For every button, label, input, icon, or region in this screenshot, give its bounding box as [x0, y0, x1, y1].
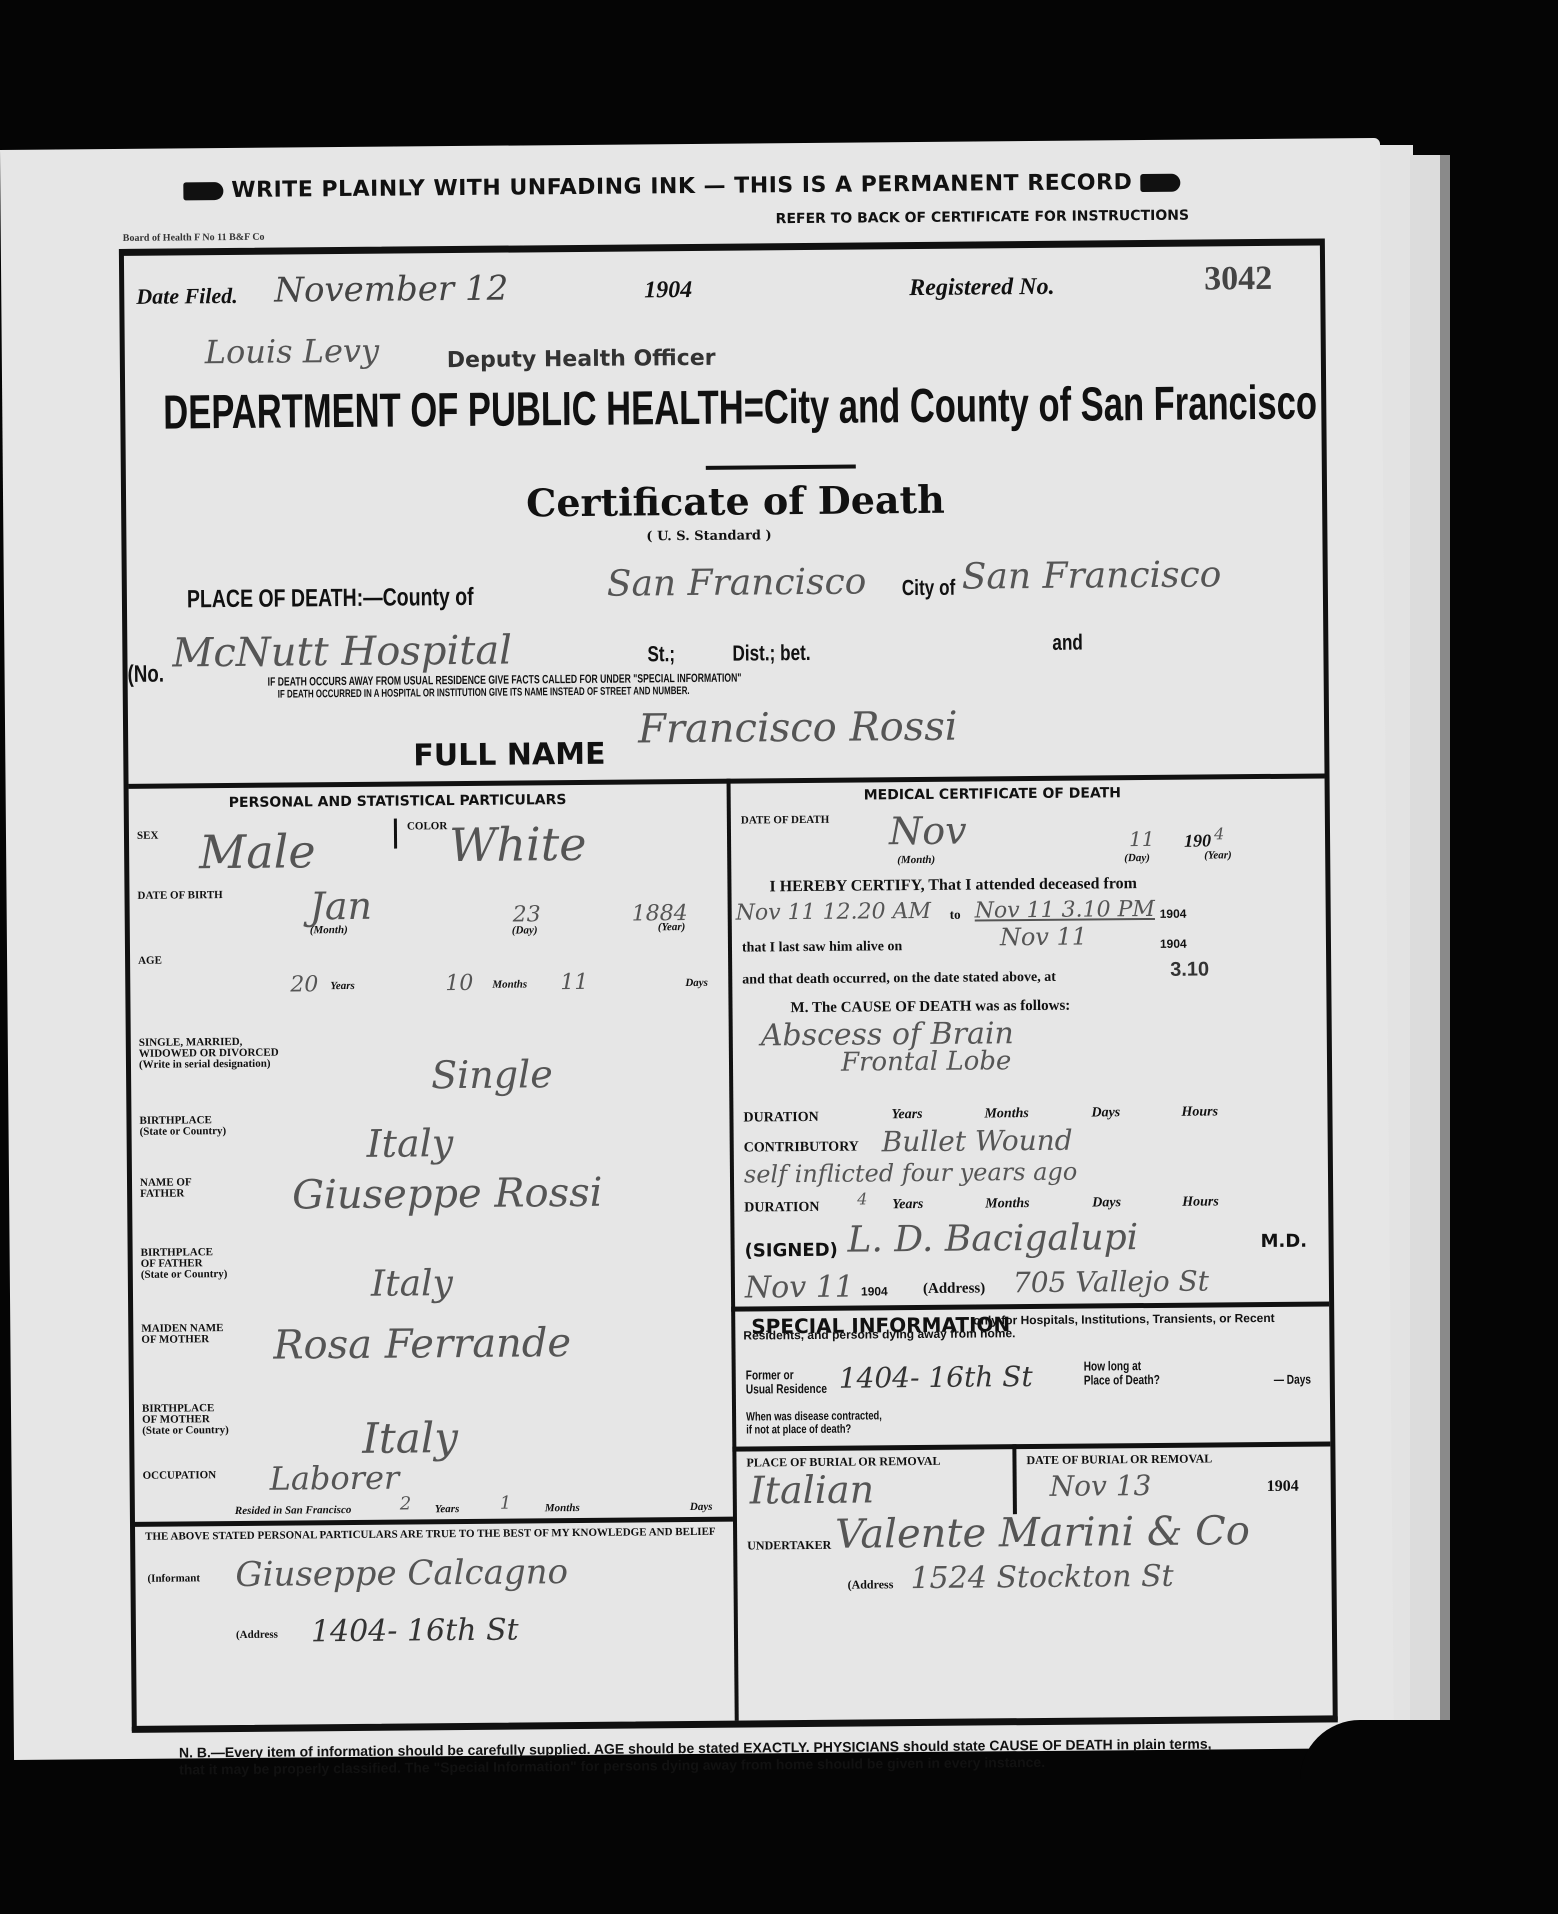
last-saw-value: Nov 11 [1000, 923, 1087, 952]
undertaker-address-label: (Address [848, 1579, 894, 1590]
age-months: 10 [445, 971, 473, 996]
occurred-label: and that death occurred, on the date sta… [742, 970, 1056, 989]
scan-shadow [1300, 1720, 1558, 1914]
medical-heading: MEDICAL CERTIFICATE OF DEATH [864, 785, 1121, 803]
last-saw-label: that I last saw him alive on [742, 939, 902, 956]
howlong-label-2: Place of Death? [1084, 1373, 1160, 1388]
undertaker-label: UNDERTAKER [747, 1540, 831, 1552]
duration-years: Years [891, 1107, 922, 1123]
informant-label: (Informant [147, 1573, 200, 1584]
duration2-hours: Hours [1182, 1194, 1219, 1210]
mother-value: Rosa Ferrande [273, 1320, 571, 1369]
attended-to-label: to [950, 907, 961, 923]
burial-date-label: DATE of BURIAL or REMOVAL [1026, 1453, 1212, 1466]
color-label: COLOR [407, 821, 447, 832]
sex-label: SEX [137, 831, 159, 842]
city-value: San Francisco [962, 554, 1222, 597]
burial-column-divider [1012, 1444, 1017, 1514]
dod-month: Nov [889, 809, 967, 854]
hospital-value: McNutt Hospital [172, 628, 512, 677]
howlong-days: — Days [1274, 1372, 1311, 1387]
duration2-years-value: 4 [857, 1189, 867, 1208]
date-filed-value: November 12 [274, 269, 508, 311]
date-filed-label: Date Filed. [136, 283, 238, 310]
street-label: St.; [647, 641, 675, 667]
dod-month-label: (Month) [897, 854, 935, 866]
sex-value: Male [199, 824, 316, 879]
mother-label-2: OF MOTHER [141, 1334, 209, 1346]
county-value: San Francisco [607, 561, 867, 604]
dob-day-label: (Day) [512, 924, 538, 936]
marital-value: Single [431, 1052, 553, 1097]
attended-to: Nov 11 3.10 PM [975, 897, 1155, 924]
physician-address-label: (Address) [923, 1280, 985, 1298]
undertaker-name: Valente Marini & Co [835, 1508, 1250, 1558]
board-form-number: Board of Health F No 11 B&F Co [123, 232, 265, 244]
father-value: Giuseppe Rossi [292, 1170, 603, 1219]
last-saw-year: 1904 [1160, 937, 1187, 951]
birthplace-value: Italy [366, 1121, 453, 1166]
dod-year-label: (Year) [1204, 849, 1232, 861]
informant-address-label: (Address [236, 1630, 278, 1641]
duration-hours: Hours [1181, 1104, 1218, 1120]
resided-months-label: Months [545, 1502, 580, 1514]
warning-banner: WRITE PLAINLY WITH UNFADING INK — THIS I… [175, 170, 1188, 204]
age-days-label: Days [685, 977, 708, 989]
divider [706, 465, 856, 470]
form-box: Date Filed. November 12 1904 Registered … [119, 238, 1338, 1730]
district-label: Dist.; bet. [732, 640, 810, 667]
contracted-label-2: if not at place of death? [746, 1423, 851, 1437]
resided-days-label: Days [690, 1501, 713, 1513]
occupation-value: Laborer [269, 1459, 399, 1498]
registered-number: 3042 [1204, 260, 1272, 299]
special-heading-rest: only for Hospitals, Institutions, Transi… [743, 1311, 1323, 1342]
resided-years: 2 [400, 1493, 412, 1514]
marital-label-3: (Write in serial designation) [139, 1059, 271, 1071]
contributory-2: self inflicted four years ago [744, 1158, 1078, 1189]
personal-heading: PERSONAL AND STATISTICAL PARTICULARS [229, 792, 567, 811]
pointing-hand-icon [183, 182, 223, 200]
officer-signature: Louis Levy [205, 332, 380, 372]
contributory-label: CONTRIBUTORY [744, 1142, 859, 1154]
age-label: AGE [138, 956, 162, 967]
father-bp-value: Italy [371, 1263, 453, 1305]
sex-color-divider [394, 819, 397, 849]
signed-date: Nov 11 [745, 1270, 854, 1306]
color-value: White [449, 817, 587, 872]
duration2-months: Months [985, 1196, 1029, 1212]
signed-year: 1904 [861, 1284, 888, 1298]
certify-text: I HEREBY CERTIFY, That I attended deceas… [769, 875, 1137, 896]
dob-label: DATE OF BIRTH [137, 890, 222, 902]
father-label-2: FATHER [140, 1188, 184, 1199]
occupation-label: OCCUPATION [143, 1470, 217, 1482]
place-of-death-label: PLACE OF DEATH:—County of [187, 583, 474, 615]
resided-years-label: Years [435, 1503, 460, 1515]
physician-signature: L. D. Bacigalupi [847, 1217, 1138, 1261]
full-name-label: FULL NAME [413, 737, 606, 774]
refer-instructions: REFER TO BACK OF CERTIFICATE FOR INSTRUC… [776, 208, 1190, 228]
page-edge-2 [1410, 155, 1450, 1725]
date-filed-year: 1904 [644, 277, 692, 304]
dob-year-label: (Year) [658, 921, 686, 933]
cause-2: Frontal Lobe [841, 1046, 1012, 1077]
footnote-text: Every item of information should be care… [179, 1735, 1211, 1777]
footnote: N. B.—Every item of information should b… [179, 1735, 1239, 1778]
undertaker-address: 1524 Stockton St [910, 1559, 1173, 1596]
full-name-value: Francisco Rossi [638, 704, 958, 753]
informant-divider [135, 1517, 733, 1527]
burial-date: Nov 13 [1050, 1469, 1152, 1503]
age-years: 20 [290, 972, 318, 997]
duration2-years: Years [892, 1197, 923, 1213]
contributory-1: Bullet Wound [882, 1124, 1073, 1159]
age-years-label: Years [330, 980, 355, 992]
department-title: DEPARTMENT OF PUBLIC HEALTH=City and Cou… [163, 376, 1317, 441]
burial-place: Italian [750, 1467, 875, 1512]
md-label: M.D. [1260, 1231, 1307, 1252]
dod-year-suffix: 4 [1214, 824, 1224, 843]
certificate-title: Certificate of Death [526, 477, 945, 526]
birthplace-label-2: (State or Country) [140, 1126, 227, 1138]
burial-divider [732, 1441, 1330, 1451]
footnote-lead: N. B.— [179, 1744, 225, 1760]
cause-label: M. The CAUSE OF DEATH was as follows: [790, 998, 1070, 1017]
informant-address: 1404- 16th St [311, 1613, 519, 1650]
former-label-2: Usual Residence [746, 1382, 827, 1397]
attended-to-year: 1904 [1160, 907, 1187, 921]
certificate-subtitle: ( U. S. Standard ) [646, 528, 771, 544]
mother-bp-value: Italy [362, 1413, 458, 1463]
duration2-label: DURATION [744, 1202, 819, 1214]
pointing-hand-icon-right [1140, 174, 1180, 192]
father-bp-label-3: (State or Country) [141, 1269, 228, 1281]
duration-days: Days [1091, 1105, 1120, 1121]
dob-month: Jan [309, 884, 372, 929]
informant-statement: THE ABOVE STATED PERSONAL PARTICULARS AR… [145, 1527, 725, 1543]
dod-day: 11 [1129, 827, 1155, 851]
time-of-death: 3.10 [1170, 958, 1209, 981]
age-days: 11 [560, 970, 588, 995]
burial-year: 1904 [1267, 1478, 1299, 1496]
burial-place-label: PLACE OF BURIAL OR REMOVAL [746, 1456, 940, 1469]
resided-months: 1 [500, 1493, 512, 1514]
age-months-label: Months [492, 978, 527, 990]
duration-label: DURATION [743, 1112, 818, 1124]
place-note-2: IF DEATH OCCURRED IN A HOSPITAL OR INSTI… [278, 685, 690, 701]
attended-from: Nov 11 12.20 AM [736, 899, 932, 926]
mother-bp-label-3: (State or Country) [142, 1425, 229, 1437]
duration-months: Months [984, 1106, 1028, 1122]
registered-label: Registered No. [909, 274, 1055, 302]
physician-address: 705 Vallejo St [1013, 1264, 1209, 1299]
dod-label: DATE OF DEATH [741, 815, 830, 827]
signed-label: (SIGNED) [745, 1240, 838, 1262]
certificate-page: WRITE PLAINLY WITH UNFADING INK — THIS I… [0, 138, 1394, 1760]
officer-title: Deputy Health Officer [447, 346, 716, 373]
dod-day-label: (Day) [1124, 852, 1150, 864]
duration2-days: Days [1092, 1195, 1121, 1211]
former-residence: 1404- 16th St [839, 1360, 1033, 1395]
informant-name: Giuseppe Calcagno [235, 1552, 568, 1595]
street-no-label: (No. [127, 661, 164, 689]
city-label: City of [902, 575, 956, 601]
dob-month-label: (Month) [310, 924, 348, 936]
and-label: and [1052, 630, 1083, 656]
resided-label: Resided in San Francisco [235, 1504, 352, 1517]
